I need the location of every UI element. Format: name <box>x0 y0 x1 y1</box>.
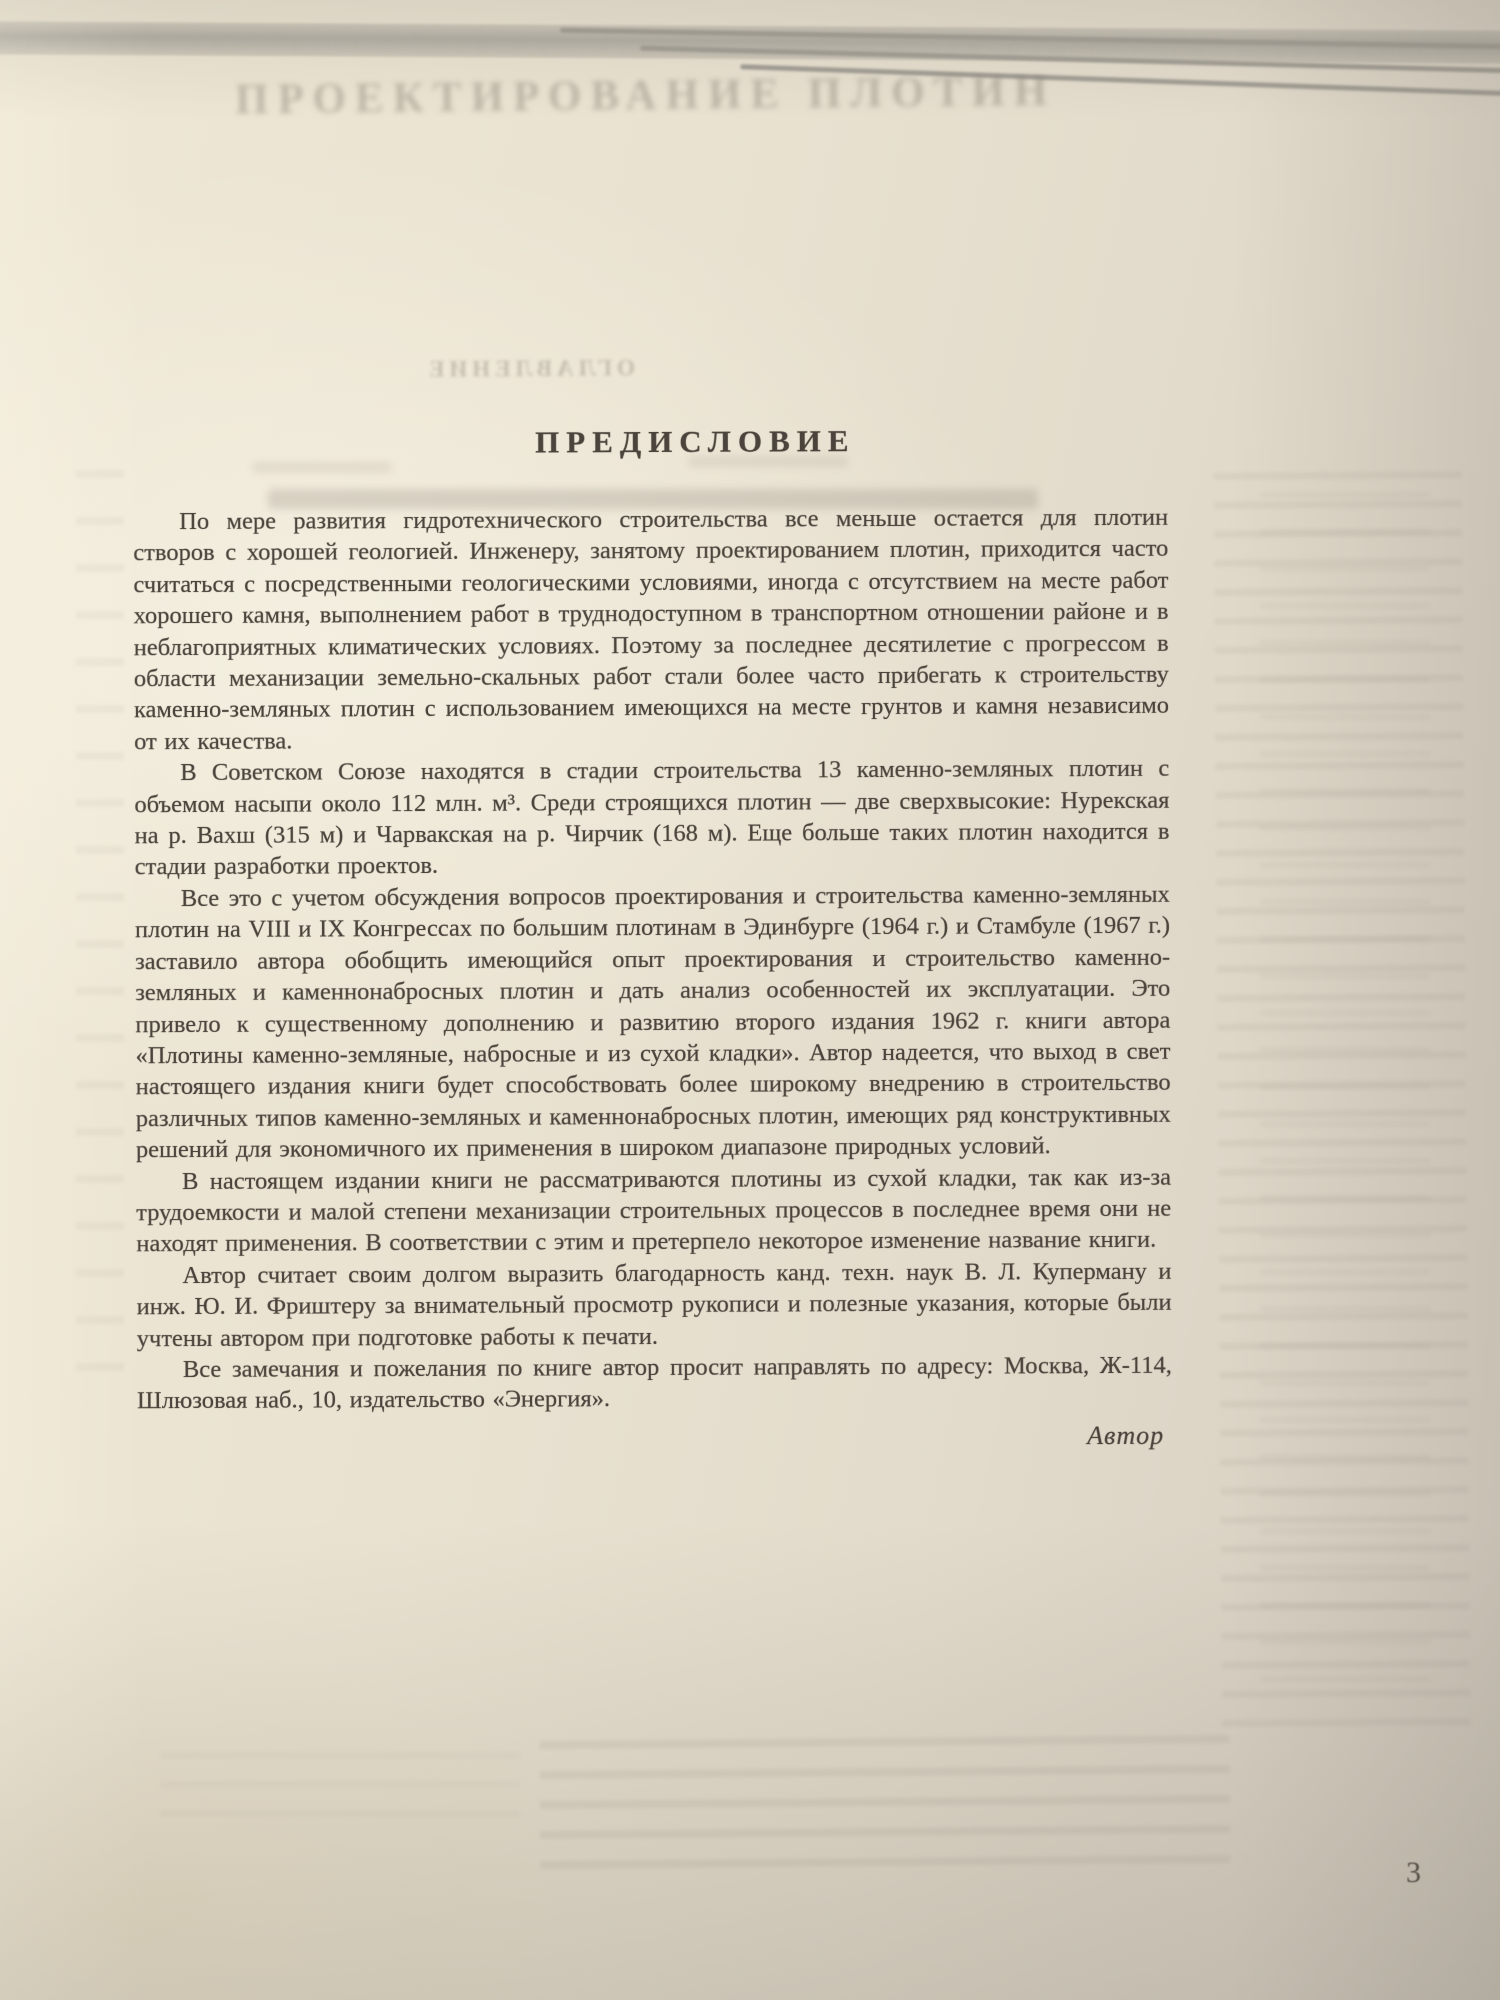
ghost-toc-bleedthrough-right <box>1260 492 1430 1692</box>
ghost-bleedthrough-bottom <box>539 1735 1230 1881</box>
preface-paragraph-5: Автор считает своим долгом выразить благ… <box>136 1255 1171 1354</box>
ghost-bleedthrough-left-margin <box>76 470 124 1400</box>
ghost-toc-bleedthrough-right <box>1214 471 1471 1733</box>
ghost-book-title: ПРОЕКТИРОВАНИЕ ПЛОТИН <box>235 69 885 125</box>
preface-paragraph-3: Все это с учетом обсуждения вопросов про… <box>135 879 1171 1166</box>
book-page-photo: ПРОЕКТИРОВАНИЕ ПЛОТИН ОГЛАВЛЕНИЕ ПРЕДИСЛ… <box>0 0 1500 2000</box>
preface-paragraph-6: Все замечания и пожелания по книге автор… <box>137 1350 1172 1417</box>
ghost-bleedthrough-bottom <box>160 1752 520 1832</box>
page-number: 3 <box>1406 1856 1421 1890</box>
preface-heading: ПРЕДИСЛОВИЕ <box>178 422 1213 463</box>
ghost-toc-heading: ОГЛАВЛЕНИЕ <box>424 355 635 382</box>
author-signature: Автор <box>137 1421 1172 1456</box>
preface-text-block: ПРЕДИСЛОВИЕ По мере развития гидротехнич… <box>133 422 1172 1455</box>
preface-paragraph-2: В Советском Союзе находятся в стадии стр… <box>134 753 1170 883</box>
preface-paragraph-1: По мере развития гидротехнического строи… <box>133 502 1169 758</box>
preface-paragraph-4: В настоящем издании книги не рассматрива… <box>136 1161 1171 1260</box>
